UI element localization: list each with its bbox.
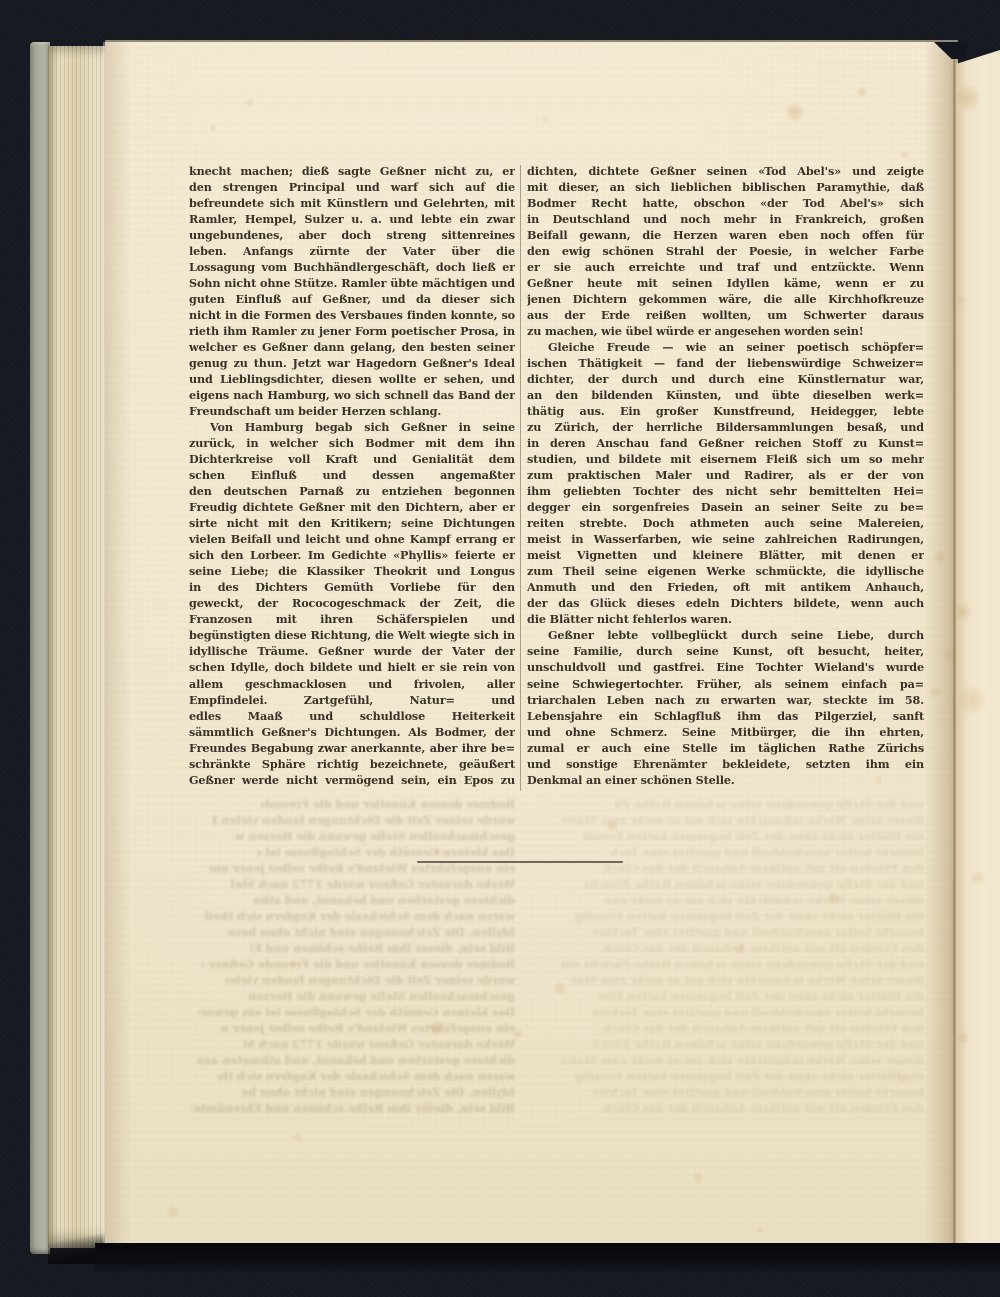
text-line: schen Einfluß und dessen angemaßter Ober… — [189, 467, 515, 483]
text-line: in deren Anschau fand Geßner reichen Sto… — [527, 435, 924, 451]
show-through-line: ein ausgeführtes Wieland's Reihe selbst … — [222, 1021, 515, 1037]
text-line: knecht machen; dieß sagte Geßner nicht z… — [189, 163, 515, 179]
text-line: thätig aus. Ein großer Kunstfreund, Heid… — [527, 403, 924, 419]
text-line: sirte nicht mit den Kritikern; seine Dic… — [189, 515, 515, 531]
text-line: in des Dichters Gemüth Vorliebe für den … — [189, 579, 515, 595]
show-through-line: dieser seine Werke schmückte sich um so … — [571, 973, 924, 989]
show-through-line: besucht heiter unschuldvoll und gastfrei… — [591, 1085, 924, 1101]
text-line: dichter, der durch und durch eine Künstl… — [527, 371, 924, 387]
show-through-line: Bodmer dessen Künstler und die Freunde G… — [202, 957, 515, 973]
text-line: zu machen, wie übel würde er angesehen w… — [527, 323, 924, 339]
right-text-column: dichten, dichtete Geßner seinen «Tod Abe… — [527, 163, 924, 793]
show-through-line: wurde seiner Zeit die Dichtungen fanden … — [212, 813, 515, 829]
show-through-line: die Blätter nicht ohne der Zeit begonnen… — [563, 1069, 924, 1085]
text-line: Geßner heute mit seinen Idyllen käme, we… — [527, 275, 924, 291]
show-through-line: Idyllen. Die Zeichnungen sind nicht ohne… — [241, 1085, 515, 1101]
text-line: Geßner lebte vollbeglückt durch seine Li… — [527, 627, 924, 643]
text-line: Lossagung vom Buchhändlergeschäft, doch … — [189, 259, 515, 275]
text-line: er sie auch erreichte und traf und entzü… — [527, 259, 924, 275]
text-line: idyllische Träume. Geßner wurde der Vate… — [189, 643, 515, 659]
show-through-line: den Frieden oft mit antikem Anhauch der … — [602, 941, 924, 957]
text-line: Denkmal an einer schönen Stelle. — [527, 772, 924, 788]
text-line: Freundes Begabung zwar anerkannte, aber … — [189, 740, 515, 756]
section-divider-rule — [417, 861, 623, 863]
text-line: reiten strebte. Doch athmeten auch seine… — [527, 515, 924, 531]
show-through-line: besucht heiter unschuldvoll und gastfrei… — [610, 845, 924, 861]
show-through-line: Idyllen. Die Zeichnungen sind nicht ohne… — [228, 925, 515, 941]
text-line: Sohn nicht ohne Stütze. Ramler übte mäch… — [189, 275, 515, 291]
text-line: Franzosen mit ihren Schäferspielen und W… — [189, 611, 515, 627]
text-line: Von Hamburg begab sich Geßner in seine H… — [189, 419, 515, 435]
text-line: unschuldvoll und gastfrei. Eine Tochter … — [527, 659, 924, 675]
show-through-text-right: und der Stelle gewordene seine schönen R… — [527, 797, 924, 1117]
text-line: Geßner werde nicht vermögend sein, ein E… — [189, 772, 515, 788]
page-stack-fore-edge — [48, 46, 110, 1248]
text-line: nicht in die Formen des Versbaues finden… — [189, 307, 515, 323]
text-line: seine Liebe; die Klassiker Theokrit und … — [189, 563, 515, 579]
show-through-line: waren nach dem Schicksale der Kupfern si… — [205, 909, 515, 925]
text-line: und ohne Schmerz. Seine Mitbürger, die i… — [527, 724, 924, 740]
show-through-line: dieser seine Werke schmückte sich um so … — [606, 893, 924, 909]
show-through-line: den Frieden oft mit antikem Anhauch der … — [551, 861, 924, 877]
gutter-crease — [953, 44, 956, 1250]
text-line: und Lieblingsdichter, diesen wollte er s… — [189, 371, 515, 387]
text-line: vielen Beifall und leicht und ohne Kampf… — [189, 531, 515, 547]
text-line: zum praktischen Maler und Radirer, als e… — [527, 467, 924, 483]
show-through-line: und der Stelle gewordene seine schönen R… — [595, 1037, 925, 1053]
page-bottom-shadow — [95, 1243, 1000, 1273]
text-line: Empfindelei. Zartgefühl, Natur= und Sitt… — [189, 692, 515, 708]
text-line: leben. Anfangs zürnte der Vater über die… — [189, 243, 515, 259]
text-line: sämmtlich Geßner's Dichtungen. Als Bodme… — [189, 724, 515, 740]
show-through-line: geschmackvollen Stelle gewann die Herzen… — [235, 829, 515, 845]
book-scan-scene: Bodmer dessen Künstler und die Freunde G… — [0, 0, 1000, 1297]
text-line: befreundete sich mit Künstlern und Geleh… — [189, 195, 515, 211]
text-line: sich den Lorbeer. Im Gedichte «Phyllis» … — [189, 547, 515, 563]
text-line: Beifall gewann, die Herzen waren eben no… — [527, 227, 924, 243]
text-line: an den bildenden Künsten, und übte diese… — [527, 387, 924, 403]
text-line: welcher es Geßner dann gelang, den beste… — [189, 339, 515, 355]
text-line: Freudig dichtete Geßner mit den Dichtern… — [189, 499, 515, 515]
text-line: zu Zürich, der herrliche Bildersammlunge… — [527, 419, 924, 435]
text-line: Dichterkreise voll Kraft und Genialität … — [189, 451, 515, 467]
text-line: begünstigten diese Richtung, die Welt wi… — [189, 627, 515, 643]
text-line: ungebundenes, aber doch streng sittenrei… — [189, 227, 515, 243]
facing-page-sliver — [956, 50, 1000, 1252]
text-line: schränkte Sphäre richtig bezeichnete, ge… — [189, 756, 515, 772]
show-through-line: und der Stelle gewordene seine schönen R… — [614, 797, 924, 813]
show-through-line: dieser seine Werke schmückte sich um so … — [555, 813, 924, 829]
text-line: ihm geliebten Tochter des nicht sehr bem… — [527, 483, 924, 499]
text-line: meist Vignetten und kleinere Blätter, mi… — [527, 547, 924, 563]
show-through-line: Das kleinen Gemüth der Schlagflusse ist … — [257, 845, 515, 861]
show-through-line: dieser seine Werke schmückte sich um so … — [535, 1053, 924, 1069]
show-through-line: ein ausgeführtes Wieland's Reihe selbst … — [209, 861, 515, 877]
text-line: seine Familie, durch seine Kunst, oft be… — [527, 643, 924, 659]
show-through-line: besucht heiter unschuldvoll und gastfrei… — [539, 1005, 924, 1021]
show-through-line: Bild sein, dieser ihm Reihe schönen und … — [192, 1101, 515, 1117]
show-through-line: geschmackvollen Stelle gewann die Herzen… — [248, 989, 515, 1005]
text-line: Anmuth und den Frieden, oft mit antikem … — [527, 579, 924, 595]
left-text-column: knecht machen; dieß sagte Geßner nicht z… — [189, 163, 515, 793]
text-line: und sonstige Ehrenämter bekleidete, setz… — [527, 756, 924, 772]
show-through-line: besucht heiter unschuldvoll und gastfrei… — [575, 925, 924, 941]
show-through-line: die Blätter nicht ohne der Zeit begonnen… — [547, 909, 924, 925]
text-line: edles Maaß und schuldlose Heiterkeit cha… — [189, 708, 515, 724]
text-line: aus der Erde reißen wollten, um Schwerte… — [527, 307, 924, 323]
text-line: seine Schwiegertochter. Früher, als sein… — [527, 676, 924, 692]
show-through-line: den Frieden oft mit antikem Anhauch der … — [531, 1101, 924, 1117]
text-line: degger ein sorgenfreies Dasein an seiner… — [527, 499, 924, 515]
show-through-line: Werke darunter Geßner wurde 1772 nach St… — [231, 877, 515, 893]
text-line: Freundschaft um beider Herzen schlang. — [189, 403, 515, 419]
show-through-line: wurde seiner Zeit die Dichtungen fanden … — [225, 973, 515, 989]
show-through-line: und der Stelle gewordene seine schönen R… — [543, 957, 924, 973]
text-line: Lebensjahre ein Schlagfluß ihm das Pilge… — [527, 708, 924, 724]
show-through-line: Das kleinen Gemüth der Schlagflusse ist … — [199, 1005, 515, 1021]
text-line: die Blätter nicht fehlerlos waren. — [527, 611, 924, 627]
text-line: dichten, dichtete Geßner seinen «Tod Abe… — [527, 163, 924, 179]
show-through-line: Werke darunter Geßner wurde 1772 nach St… — [244, 1037, 515, 1053]
text-line: zum Theil seine eigenen Werke schmückte,… — [527, 563, 924, 579]
text-line: in Deutschland und noch mehr in Frankrei… — [527, 211, 924, 227]
text-line: rieth ihm Ramler zu jener Form poetische… — [189, 323, 515, 339]
text-line: zurück, in welcher sich Bodmer mit dem i… — [189, 435, 515, 451]
text-line: zumal er auch eine Stelle im täglichen R… — [527, 740, 924, 756]
text-line: allem geschmacklosen und frivolen, aller… — [189, 676, 515, 692]
show-through-line: Bodmer dessen Künstler und die Freunde G… — [261, 797, 515, 813]
show-through-line: und der Stelle gewordene seine schönen R… — [579, 877, 924, 893]
text-line: den deutschen Parnaß zu entziehen begonn… — [189, 483, 515, 499]
show-through-line: die Blätter nicht ohne der Zeit begonnen… — [598, 989, 924, 1005]
text-line: studien, und bildete mit eisernem Fleiß … — [527, 451, 924, 467]
text-line: ischen Thätigkeit — fand der liebenswürd… — [527, 355, 924, 371]
text-line: Bodmer Recht hatte, obschon «der Tod Abe… — [527, 195, 924, 211]
text-line: genug zu thun. Jetzt war Hagedorn Geßner… — [189, 355, 515, 371]
show-through-text-left: Bodmer dessen Künstler und die Freunde G… — [189, 797, 515, 1117]
text-line: den ewig schönen Strahl der Poesie, in w… — [527, 243, 924, 259]
show-through-line: den Frieden oft mit antikem Anhauch der … — [567, 1021, 924, 1037]
show-through-line: die Blätter nicht ohne der Zeit begonnen… — [583, 829, 924, 845]
book-cover-edge — [30, 42, 50, 1254]
text-line: meist in Wasserfarben, wie seine zahlrei… — [527, 531, 924, 547]
page-left-shade — [105, 42, 131, 1246]
text-line: jenen Dichtern gekommen wäre, die alle K… — [527, 291, 924, 307]
text-line: der das Glück dieses edeln Dichters bild… — [527, 595, 924, 611]
text-line: den strengen Principal und warf sich auf… — [189, 179, 515, 195]
show-through-line: dichtere gestorben und bekannt, und athm… — [254, 893, 515, 909]
text-line: Gleiche Freude — wie an seiner poetisch … — [527, 339, 924, 355]
text-line: geweckt, der Rococogeschmack der Zeit, d… — [189, 595, 515, 611]
text-line: schen Idylle, doch bildete und hielt er … — [189, 659, 515, 675]
text-line: guten Einfluß auf Geßner, und da dieser … — [189, 291, 515, 307]
text-line: mit dieser, an sich lieblichen biblische… — [527, 179, 924, 195]
show-through-line: Bild sein, dieser ihm Reihe schönen und … — [251, 941, 515, 957]
text-line: eigens nach Hamburg, wo sich schnell das… — [189, 387, 515, 403]
text-line: triarchalen Leben nach zu erwarten war, … — [527, 692, 924, 708]
show-through-line: waren nach dem Schicksale der Kupfern si… — [218, 1069, 515, 1085]
show-through-line: dichtere gestorben und bekannt, und athm… — [196, 1053, 515, 1069]
column-divider-rule — [520, 165, 521, 791]
text-line: Ramler, Hempel, Sulzer u. a. und lebte e… — [189, 211, 515, 227]
